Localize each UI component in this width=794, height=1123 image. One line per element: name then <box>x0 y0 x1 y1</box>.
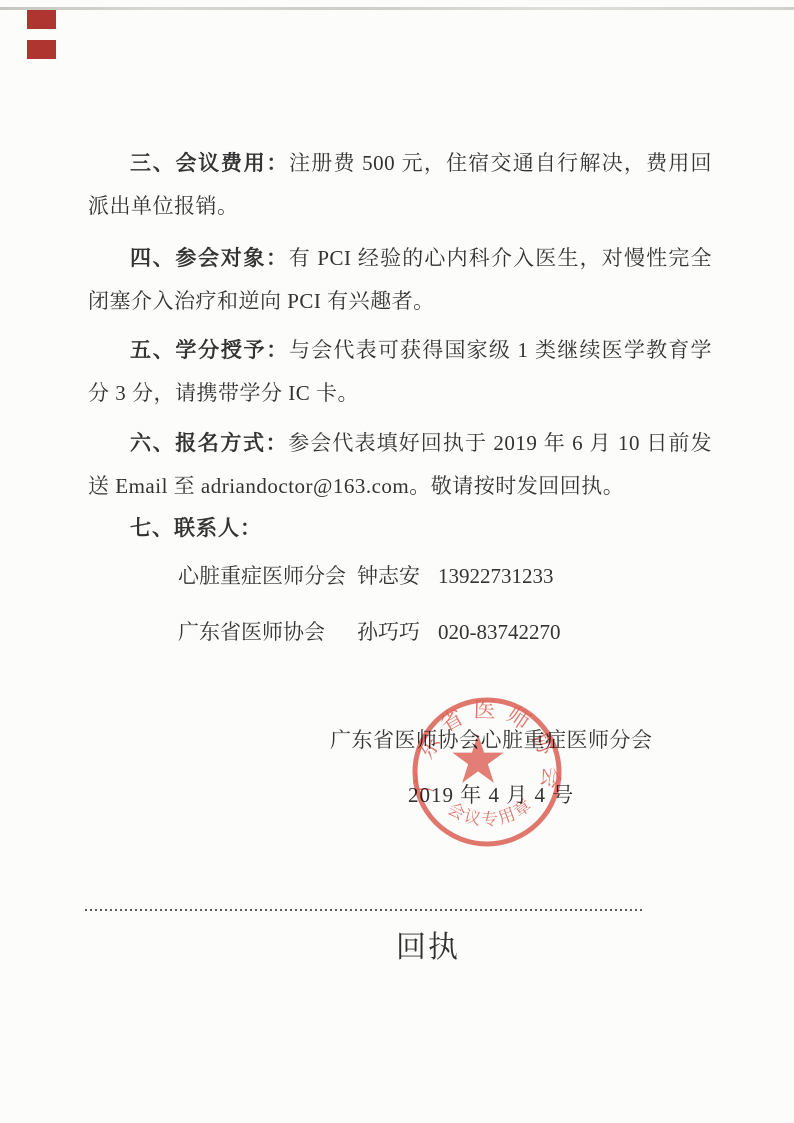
section-fee: 三、会议费用：注册费 500 元，住宿交通自行解决，费用回派出单位报销。 <box>88 142 712 227</box>
section-audience: 四、参会对象：有 PCI 经验的心内科介入医生，对慢性完全闭塞介入治疗和逆向 P… <box>88 237 712 322</box>
contact-phone: 13922731233 <box>438 564 554 588</box>
scanned-document-page: 三、会议费用：注册费 500 元，住宿交通自行解决，费用回派出单位报销。 四、参… <box>0 0 794 1123</box>
star-icon <box>452 734 503 783</box>
section-contacts-heading: 七、联系人： <box>88 507 712 550</box>
contact-name: 孙巧巧 <box>357 611 438 653</box>
section-audience-label: 四、参会对象： <box>130 247 289 270</box>
section-registration-label: 六、报名方式： <box>130 432 288 455</box>
receipt-title: 回执 <box>396 931 460 965</box>
receipt-divider-dotted-line <box>85 909 642 911</box>
scan-mark-top <box>27 10 56 29</box>
contact-org: 心脏重症医师分会 <box>178 555 357 597</box>
contact-row-1: 心脏重症医师分会钟志安13922731233 <box>178 555 554 597</box>
contact-row-2: 广东省医师协会孙巧巧020-83742270 <box>178 611 561 653</box>
contact-name: 钟志安 <box>357 555 438 597</box>
section-credits-label: 五、学分授予： <box>130 339 289 362</box>
contact-phone: 020-83742270 <box>438 620 561 644</box>
contact-org: 广东省医师协会 <box>178 611 357 653</box>
official-seal: 广东省医师协会 会议专用章 <box>407 692 567 852</box>
section-contacts-label: 七、联系人： <box>130 517 262 540</box>
section-registration: 六、报名方式：参会代表填好回执于 2019 年 6 月 10 日前发送 Emai… <box>88 422 712 507</box>
scanner-artifact-line <box>0 7 794 10</box>
seal-arc-text: 广东省医师协会 <box>410 697 564 799</box>
section-credits: 五、学分授予：与会代表可获得国家级 1 类继续医学教育学分 3 分，请携带学分 … <box>88 329 712 414</box>
section-fee-label: 三、会议费用： <box>130 152 289 175</box>
scan-mark-bottom <box>27 40 56 59</box>
seal-bottom-text: 会议专用章 <box>444 794 536 830</box>
